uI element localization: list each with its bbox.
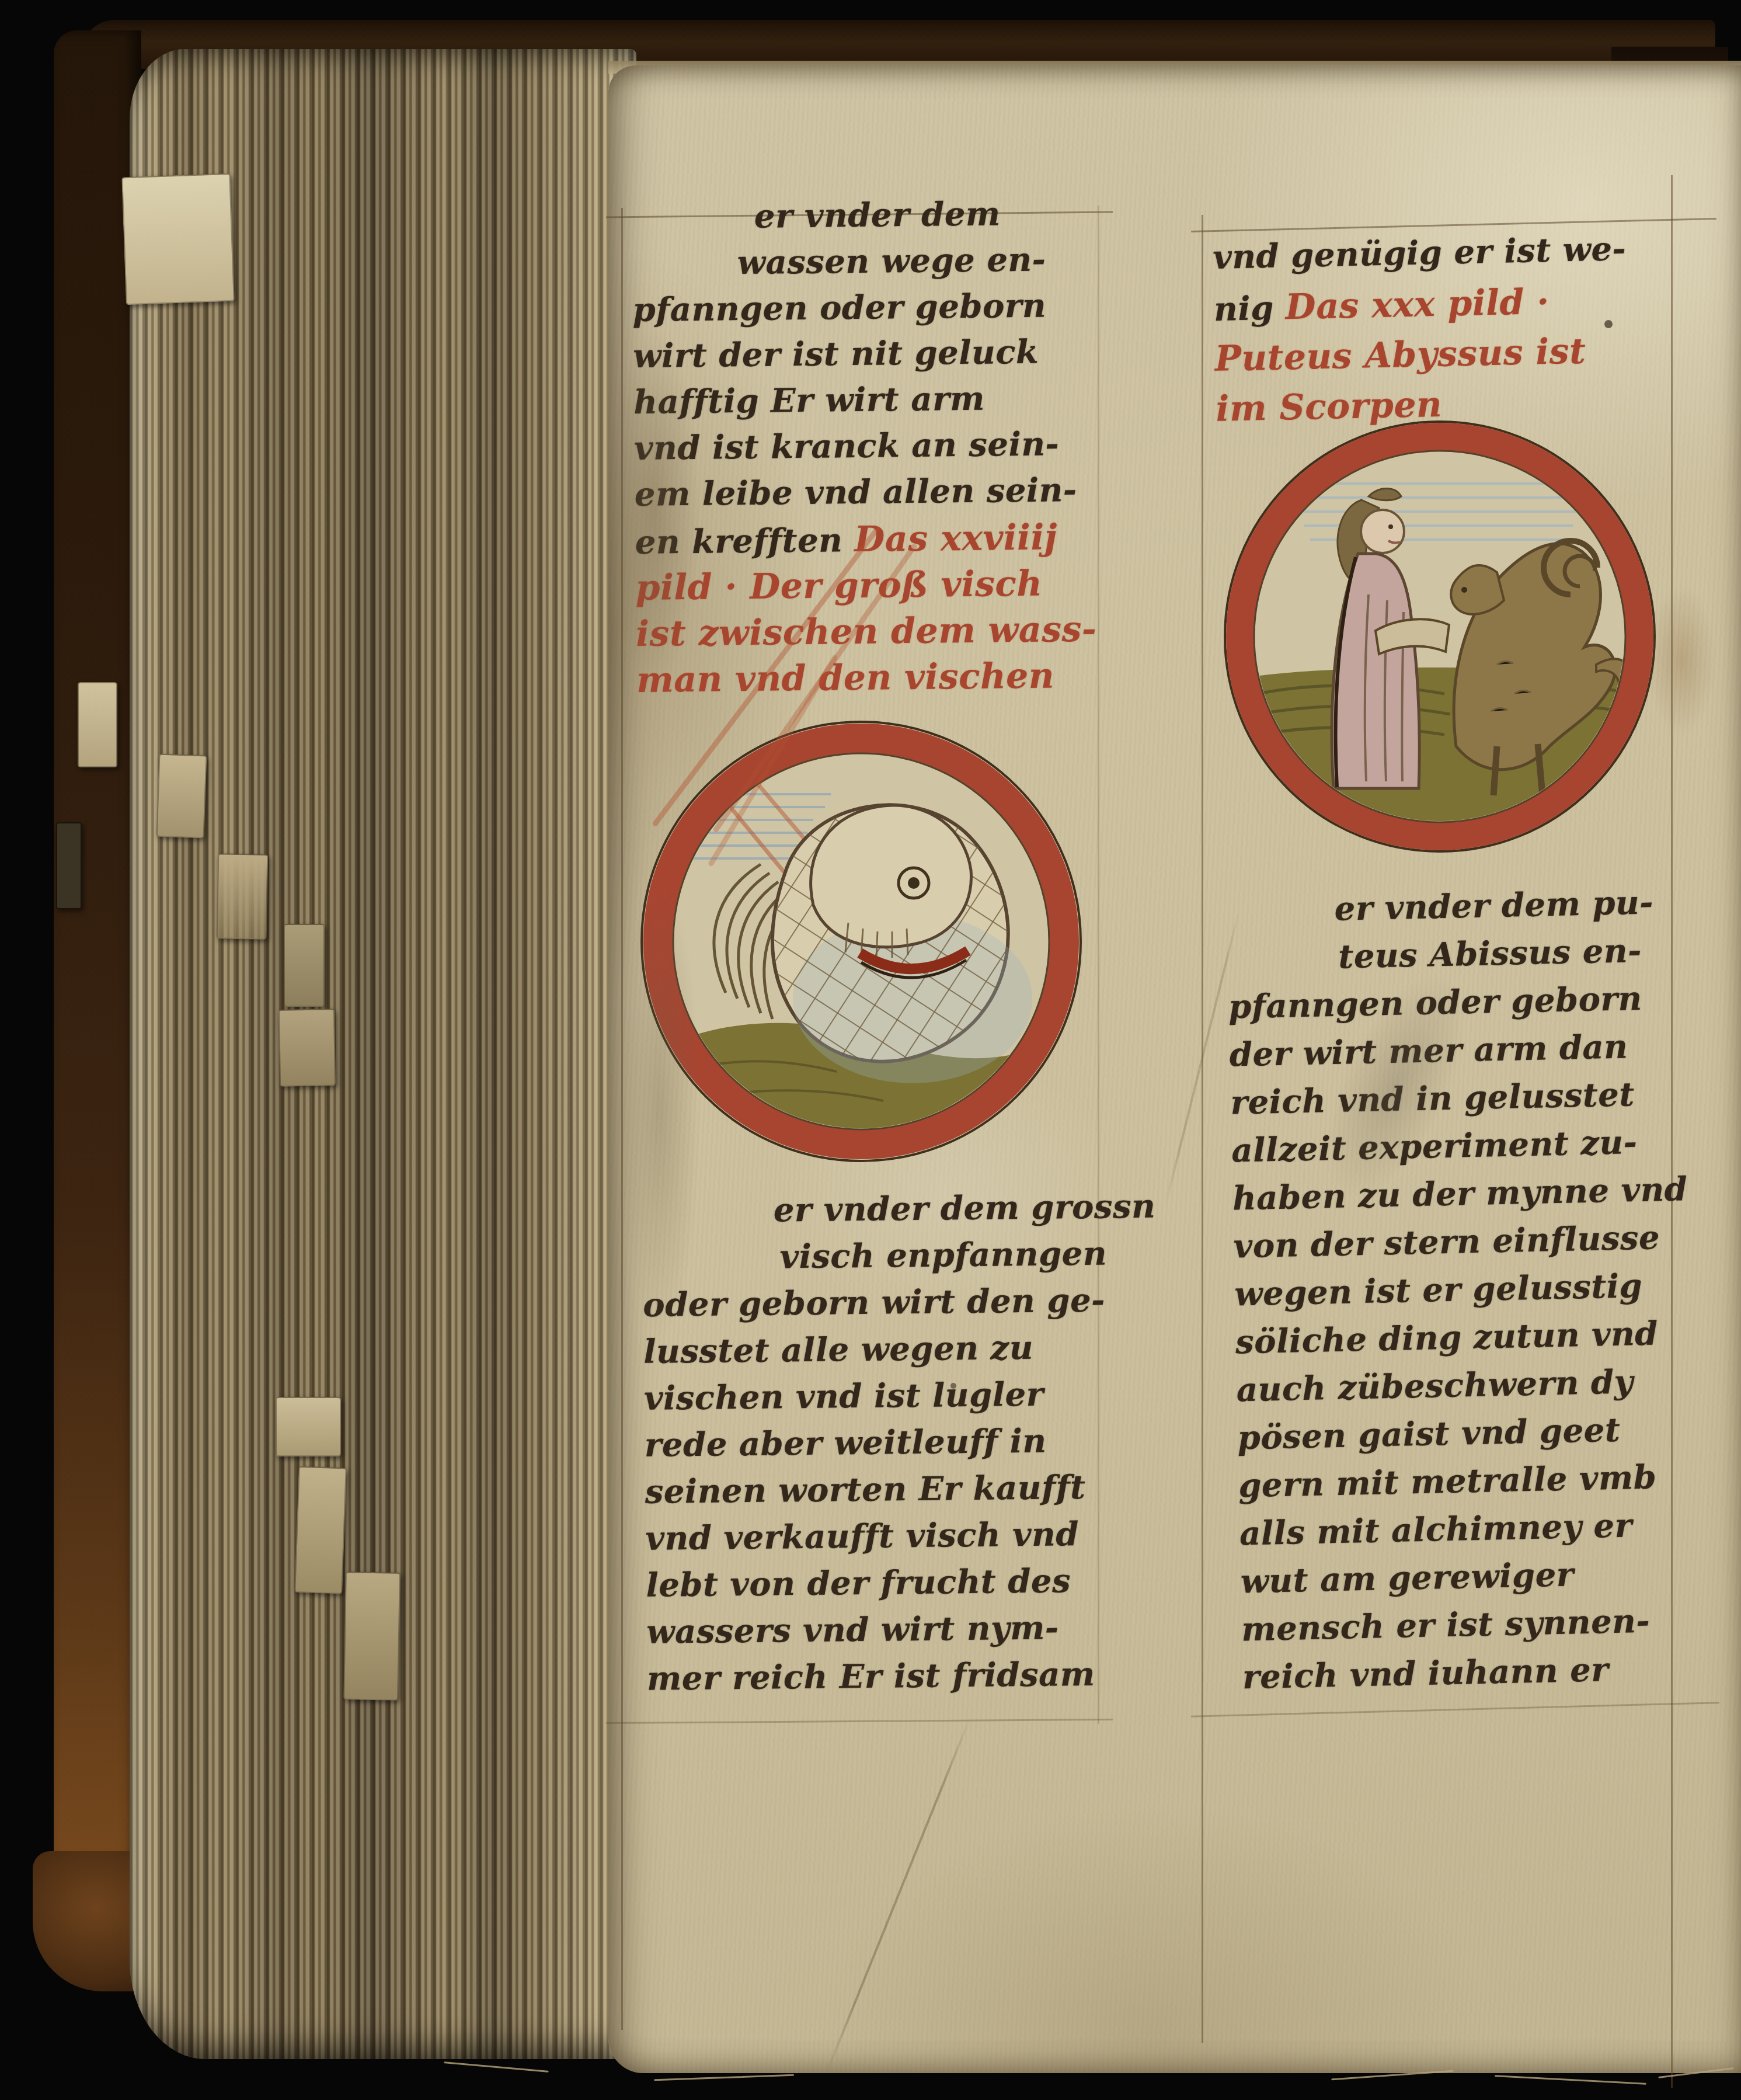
ms-line: vnd verkaufft visch vnd — [645, 1515, 1079, 1558]
ms-line: er vnder dem — [754, 194, 1001, 235]
rubric-span: Das xxx pild · — [1285, 281, 1550, 328]
right-column: vnd genügig er ist we- nig Das xxx pild … — [1207, 0, 1741, 1751]
ms-line: auch zübeschwern dy — [1236, 1362, 1634, 1409]
page-tab — [278, 1009, 336, 1087]
ms-line: nig Das xxx pild · — [1213, 281, 1550, 329]
page-tab — [343, 1571, 401, 1701]
ms-line: Puteus Abyssus ist — [1214, 331, 1586, 380]
ms-line: man vnd den vischen — [636, 655, 1054, 700]
ruling-line-vertical — [1202, 215, 1203, 2043]
ms-line: hafftig Er wirt arm — [633, 380, 985, 422]
ms-line: oder geborn wirt den ge- — [643, 1281, 1105, 1324]
ms-line: mensch er ist synnen- — [1241, 1602, 1651, 1649]
ms-line: pild · Der groß visch — [635, 564, 1043, 609]
rubric-span: Das xxviiij — [854, 517, 1057, 560]
great-fish-miniature — [638, 718, 1084, 1164]
page-fringe-fiber — [654, 2074, 794, 2081]
ms-line: haben zu der mynne vnd — [1232, 1170, 1688, 1218]
ms-line: söliche ding zutun vnd — [1235, 1314, 1658, 1361]
book-photo: er vnder dem wassen wege en- pfanngen od… — [0, 0, 1741, 2100]
ms-line: vnd genügig er ist we- — [1213, 230, 1627, 277]
rubric-span: Puteus Abyssus ist — [1214, 331, 1586, 380]
page-tab — [78, 682, 117, 767]
rubric-span: man vnd den vischen — [636, 655, 1054, 700]
ms-line: lebt von der frucht des — [646, 1562, 1071, 1605]
puteus-abyssus-miniature — [1223, 419, 1657, 854]
fish-head — [811, 805, 972, 947]
page-tab — [294, 1466, 346, 1594]
ms-line: von der stern einflusse — [1233, 1218, 1660, 1265]
rubric-span: pild · Der groß visch — [635, 564, 1043, 609]
leather-cover-spine — [54, 30, 141, 1981]
page-tab — [217, 853, 269, 939]
ms-line: lusstet alle wegen zu — [643, 1329, 1033, 1371]
ms-line: er vnder dem pu- — [1334, 883, 1654, 928]
ms-line: mer reich Er ist fridsam — [647, 1655, 1095, 1698]
ms-line: pösen gaist vnd geet — [1237, 1411, 1621, 1458]
ms-line: en krefften Das xxviiij — [635, 517, 1057, 562]
page-tab — [121, 173, 235, 305]
ms-line: vnd ist kranck an sein- — [634, 425, 1060, 468]
ms-line: allzeit experiment zu- — [1231, 1123, 1638, 1170]
ink-speck — [1604, 320, 1613, 328]
ms-line: wegen ist er gelusstig — [1234, 1267, 1643, 1314]
dark-bookmark-tab — [56, 822, 82, 909]
ms-line: em leibe vnd allen sein- — [635, 471, 1077, 514]
ms-line: pfanngen oder geborn — [1228, 979, 1642, 1027]
page-fringe-fiber — [1495, 2075, 1646, 2085]
ms-line: rede aber weitleuff in — [645, 1422, 1047, 1465]
ms-line: wassers vnd wirt nym- — [646, 1608, 1059, 1651]
ms-line: pfanngen oder geborn — [632, 287, 1046, 329]
ms-line: alls mit alchimney er — [1239, 1506, 1632, 1553]
page-stack-edge — [130, 49, 636, 2059]
ms-line: wirt der ist nit geluck — [633, 333, 1039, 376]
ms-line: wassen wege en- — [737, 241, 1046, 283]
page-fringe-fiber — [444, 2061, 549, 2073]
ms-line: gern mit metralle vmb — [1238, 1458, 1657, 1505]
ms-line: teus Abissus en- — [1338, 931, 1642, 976]
ms-line: visch enpfanngen — [779, 1235, 1107, 1277]
page-tab — [276, 1397, 341, 1456]
ms-line: vischen vnd ist lugler — [644, 1375, 1044, 1418]
ms-line: reich vnd in gelusstet — [1230, 1075, 1635, 1122]
page-tab — [156, 754, 207, 839]
ink-speck — [950, 1383, 956, 1389]
ms-line: wut am gerewiger — [1240, 1555, 1574, 1601]
ruling-line-vertical — [621, 208, 623, 2030]
ms-line: reich vnd iuhann er — [1242, 1650, 1608, 1696]
ms-line: seinen worten Er kaufft — [645, 1468, 1085, 1511]
ms-line: er vnder dem grossn — [773, 1187, 1155, 1230]
page-tab — [284, 924, 325, 1007]
ms-line: der wirt mer arm dan — [1229, 1027, 1628, 1074]
